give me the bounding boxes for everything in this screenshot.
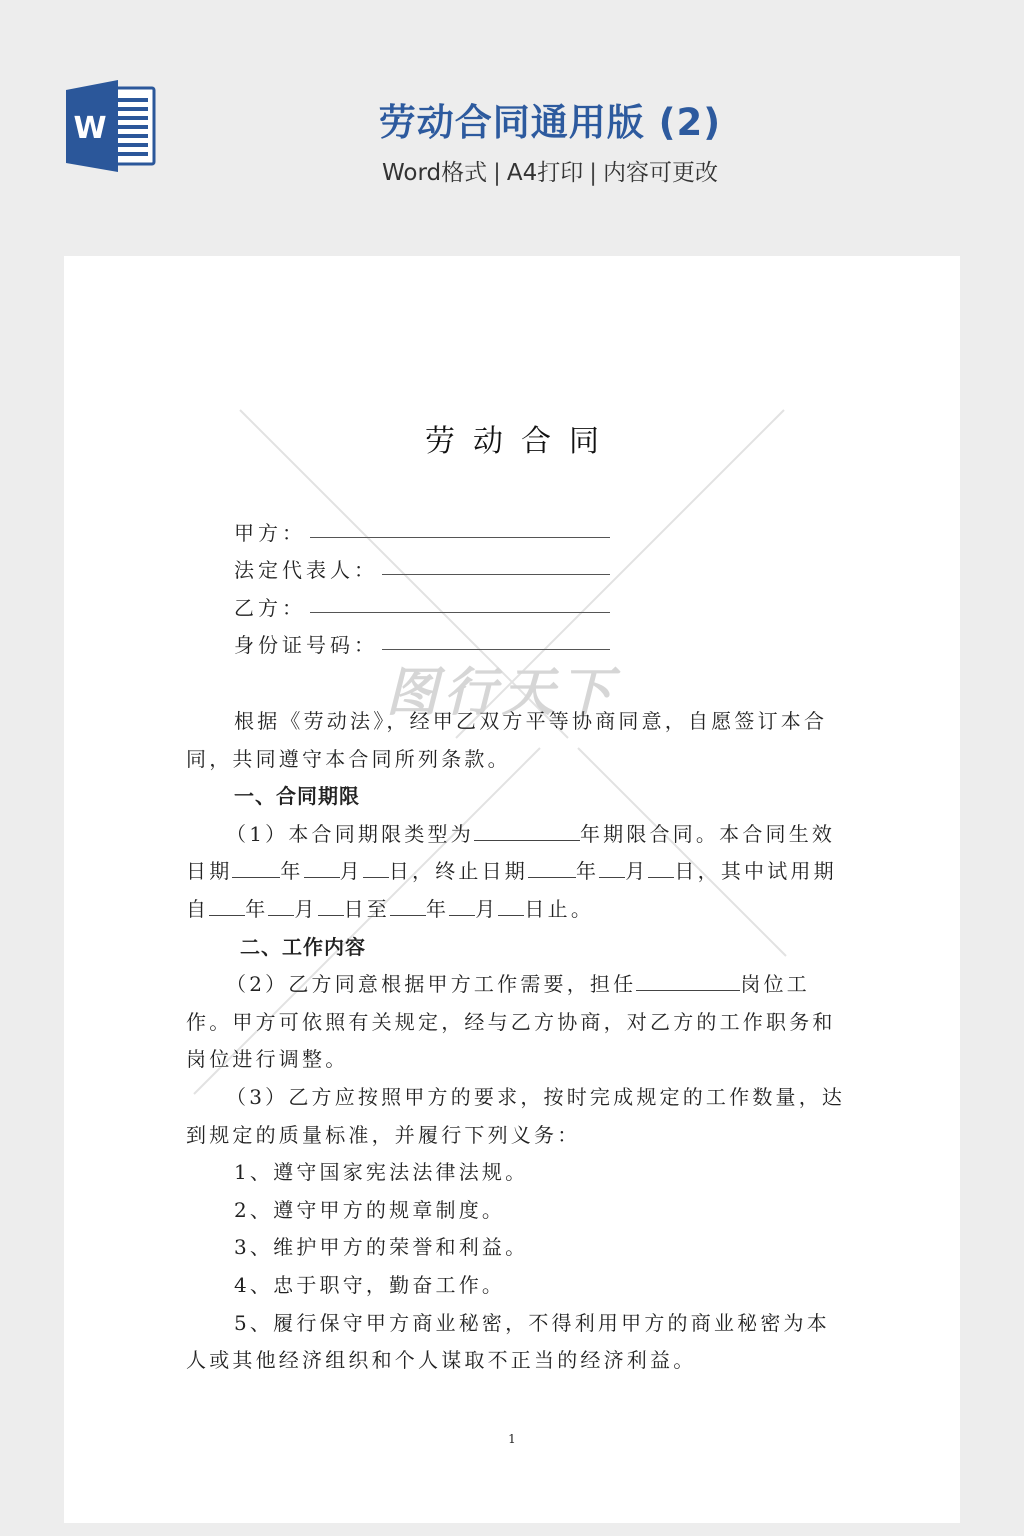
party-a-blank[interactable]: [310, 536, 610, 538]
duty-item: 2、遵守甲方的规章制度。: [186, 1192, 852, 1230]
duty-item: 4、忠于职守，勤奋工作。: [186, 1267, 852, 1305]
duty-item: 1、遵守国家宪法法律法规。: [186, 1154, 852, 1192]
probation-start-year-blank[interactable]: [209, 897, 245, 916]
id-number-field[interactable]: 身份证号码：: [234, 629, 610, 658]
clause-2: （2）乙方同意根据甲方工作需要，担任岗位工作。甲方可依照有关规定，经与乙方协商，…: [186, 966, 852, 1079]
page-number: 1: [64, 1432, 960, 1446]
probation-start-day-blank[interactable]: [318, 897, 344, 916]
start-month-blank[interactable]: [304, 859, 340, 878]
start-year-blank[interactable]: [232, 859, 280, 878]
position-blank[interactable]: [636, 972, 740, 991]
duty-item: 5、履行保守甲方商业秘密，不得利用甲方的商业秘密为本人或其他经济组织和个人谋取不…: [186, 1305, 852, 1380]
id-number-blank[interactable]: [382, 648, 610, 650]
end-month-blank[interactable]: [599, 859, 625, 878]
party-b-blank[interactable]: [310, 611, 610, 613]
clause-3: （3）乙方应按照甲方的要求，按时完成规定的工作数量，达到规定的质量标准，并履行下…: [186, 1079, 852, 1154]
party-b-label: 乙方：: [234, 592, 306, 621]
print-label: A4打印: [507, 160, 583, 186]
document-page: 图行天下 劳动合同 甲方： 法定代表人： 乙方： 身份证号码： 根据《劳动法》，…: [64, 256, 960, 1523]
start-day-blank[interactable]: [363, 859, 389, 878]
editable-label: 内容可更改: [603, 160, 718, 186]
template-subtitle: Word格式|A4打印|内容可更改: [280, 154, 820, 187]
probation-end-month-blank[interactable]: [449, 897, 475, 916]
header-banner: W 劳动合同通用版 (2) Word格式|A4打印|内容可更改: [0, 0, 1024, 256]
svg-text:W: W: [73, 111, 106, 146]
template-title: 劳动合同通用版 (2): [280, 92, 820, 146]
section-heading-term: 一、合同期限: [186, 778, 852, 816]
contract-body: 根据《劳动法》，经甲乙双方平等协商同意，自愿签订本合同，共同遵守本合同所列条款。…: [186, 703, 852, 1380]
section-heading-work: 二、工作内容: [186, 929, 852, 967]
probation-end-year-blank[interactable]: [390, 897, 426, 916]
legal-rep-blank[interactable]: [382, 573, 610, 575]
probation-start-month-blank[interactable]: [268, 897, 294, 916]
party-b-field[interactable]: 乙方：: [234, 592, 610, 621]
party-a-field[interactable]: 甲方：: [234, 517, 610, 546]
id-number-label: 身份证号码：: [234, 629, 378, 658]
word-doc-icon: W: [64, 80, 158, 172]
party-a-label: 甲方：: [234, 517, 306, 546]
term-years-blank[interactable]: [474, 822, 580, 841]
clause-1: （1）本合同期限类型为年期限合同。本合同生效日期年月日，终止日期年月日，其中试用…: [186, 816, 852, 929]
format-label: Word格式: [382, 160, 487, 186]
legal-rep-field[interactable]: 法定代表人：: [234, 554, 610, 583]
end-day-blank[interactable]: [648, 859, 674, 878]
duty-item: 3、维护甲方的荣誉和利益。: [186, 1229, 852, 1267]
legal-rep-label: 法定代表人：: [234, 554, 378, 583]
intro-paragraph: 根据《劳动法》，经甲乙双方平等协商同意，自愿签订本合同，共同遵守本合同所列条款。: [186, 703, 852, 778]
document-title: 劳动合同: [64, 416, 960, 460]
separator: |: [493, 160, 501, 186]
probation-end-day-blank[interactable]: [498, 897, 524, 916]
end-year-blank[interactable]: [528, 859, 576, 878]
separator: |: [589, 160, 597, 186]
